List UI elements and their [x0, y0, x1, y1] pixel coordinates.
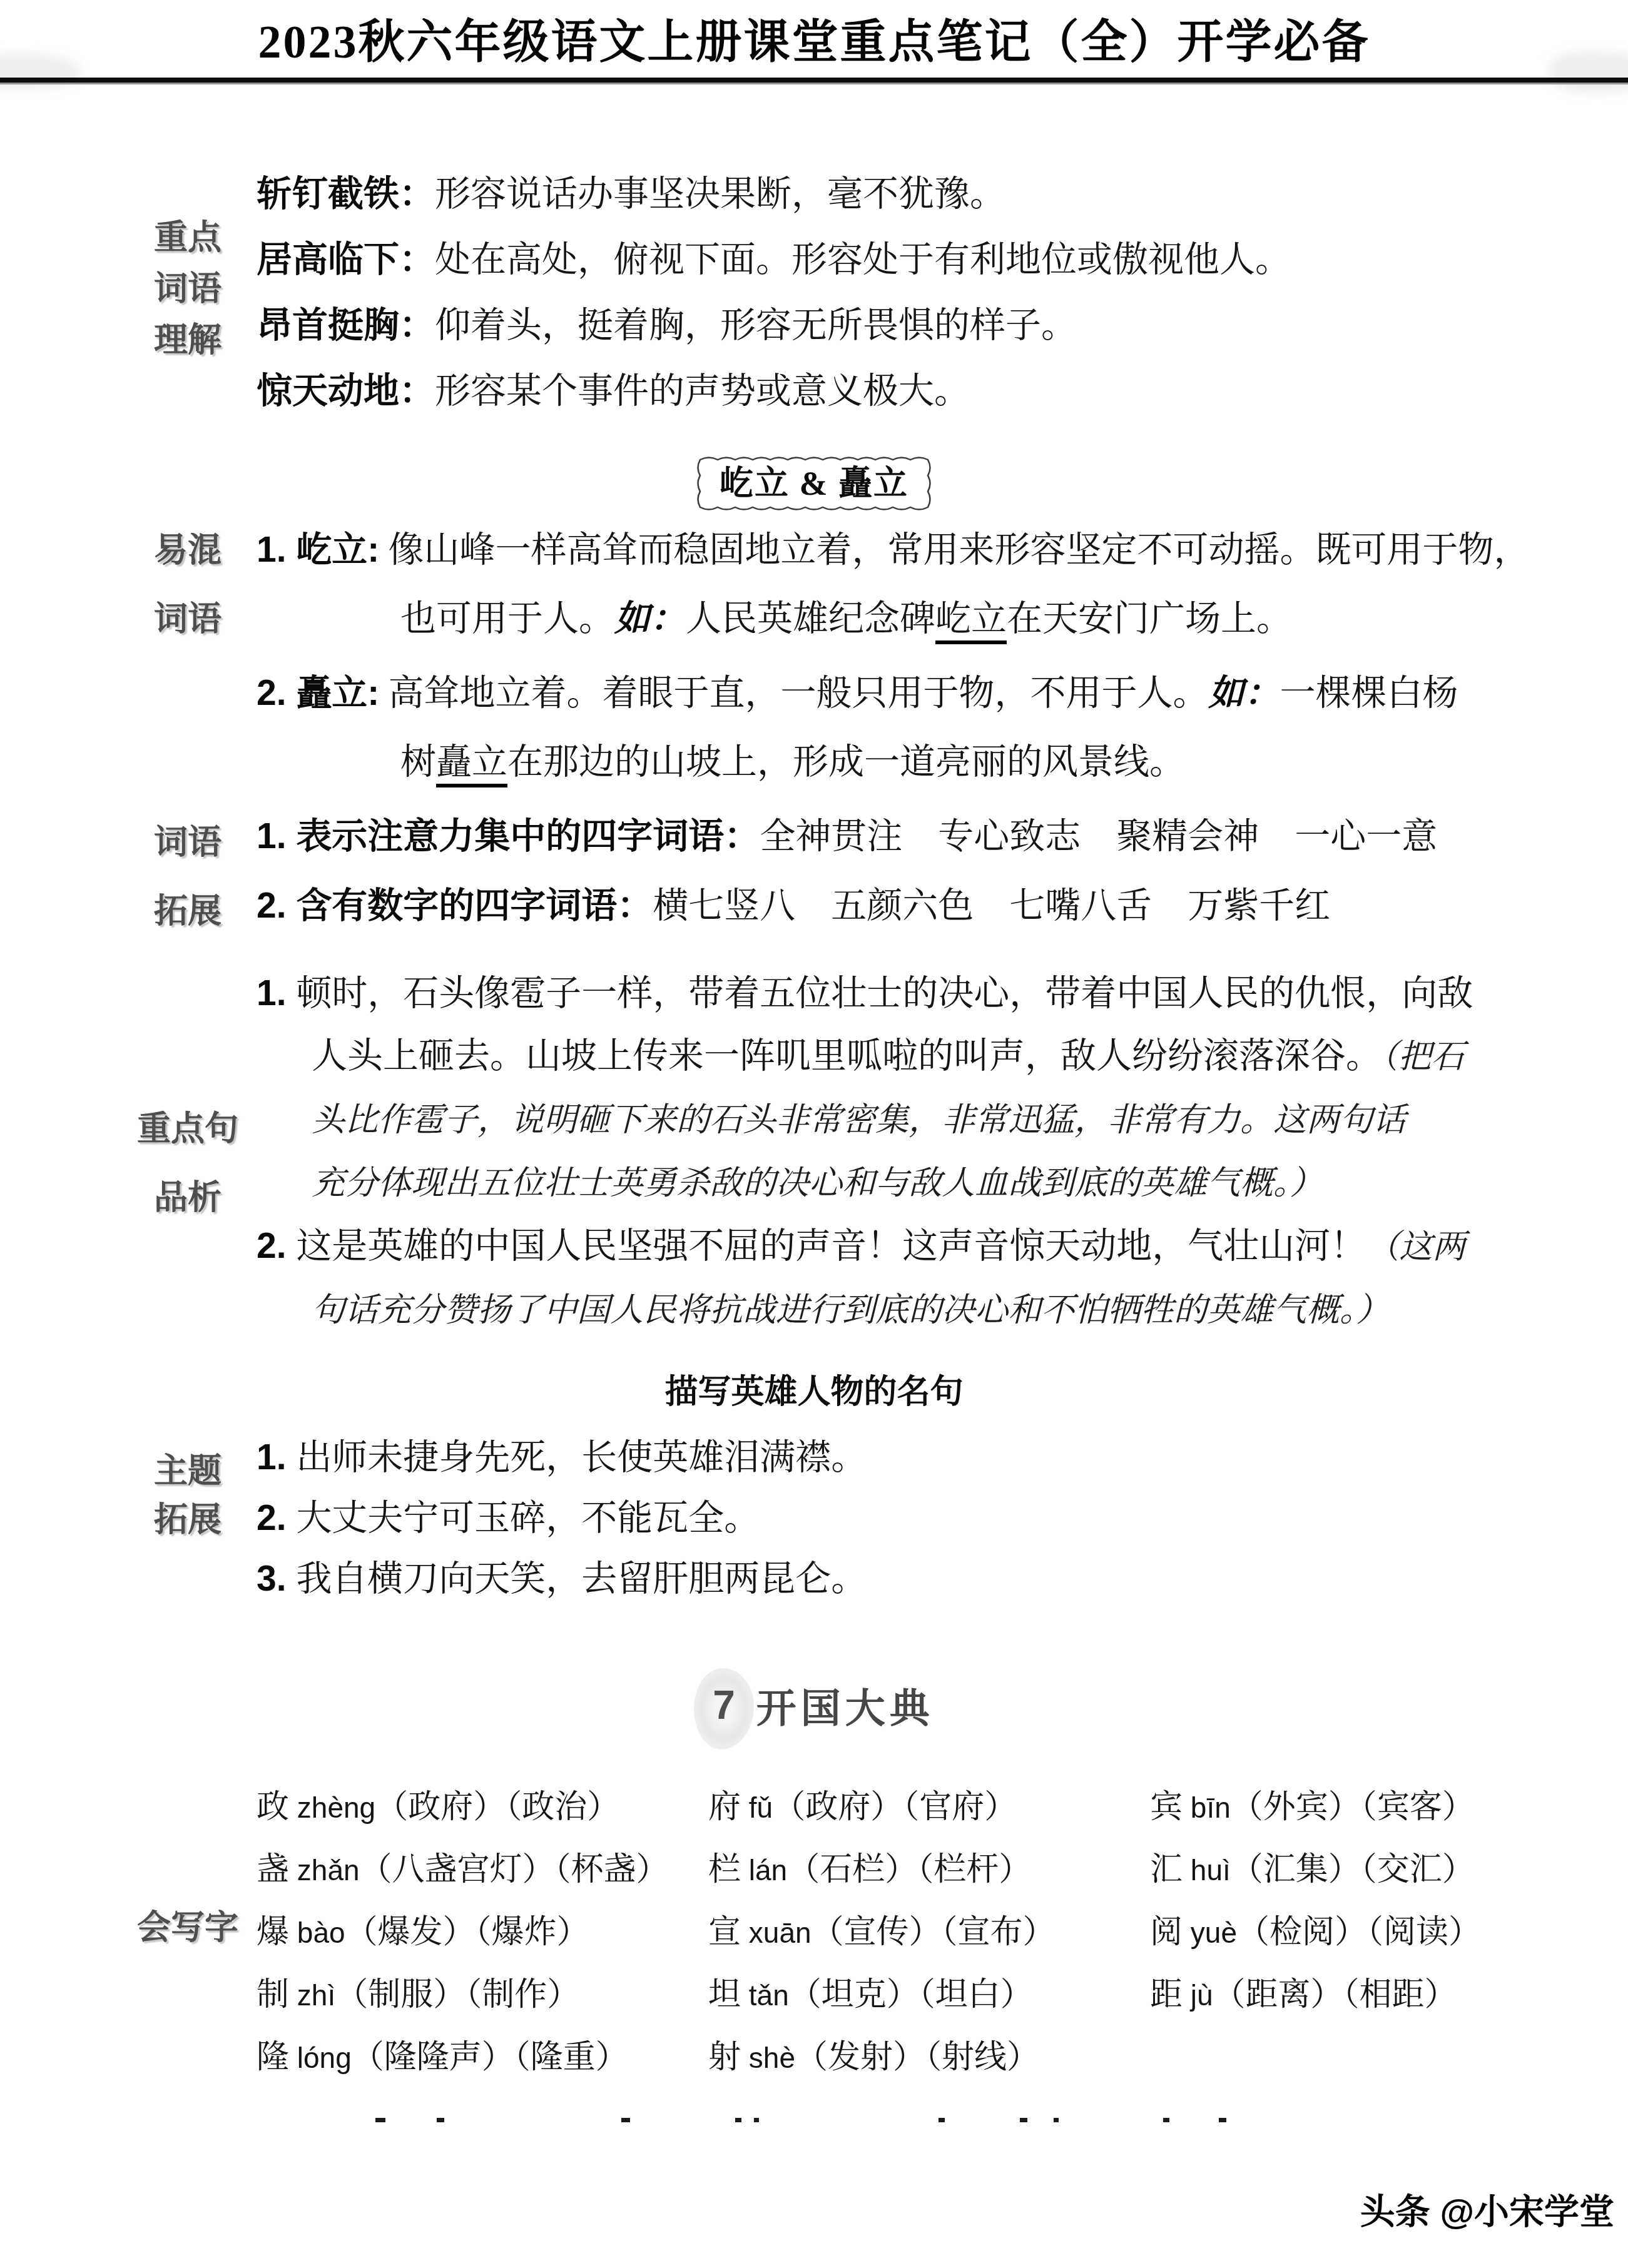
sidebar-label-line: 拓展	[113, 877, 263, 946]
text-segment: 树	[400, 742, 436, 782]
text-segment: 隆	[257, 2040, 289, 2075]
hanzi-entry: 宾 bīn（外宾）（宾客）	[1150, 1776, 1475, 1846]
hanzi-entry: 盏 zhǎn（八盏宫灯）（杯盏）	[257, 1839, 669, 1909]
text-segment: 矗立	[436, 742, 507, 787]
text-segment: 头比作雹子，说明砸下来的石头非常密集，非常迅猛，非常有力。这两句话	[312, 1102, 1406, 1138]
text-segment: 1.	[257, 530, 296, 570]
hanzi-entry: 射 shè（发射）（射线）	[708, 2027, 1039, 2097]
text-segment: 人头上砸去。山坡上传来一阵叽里呱啦的叫声，敌人纷纷滚落深谷。	[312, 1036, 1381, 1076]
sidebar-label-line: 易混	[113, 516, 263, 585]
text-segment: （坦克）（坦白）	[789, 1977, 1033, 2013]
text-segment: 盏	[257, 1852, 289, 1888]
text-line: 昂首挺胸：仰着头，挺着胸，形容无所畏惧的样子。	[257, 293, 1583, 358]
text-line: 居高临下：处在高处，俯视下面。形容处于有利地位或傲视他人。	[257, 227, 1583, 293]
sidebar-label-theme-expansion: 主题拓展	[113, 1447, 263, 1544]
watermark: 头条 @小宋学堂	[1360, 2184, 1614, 2234]
text-segment: 全神贯注 专心致志 聚精会神 一心一意	[760, 817, 1437, 856]
text-line: 3. 我自横刀向天笑，去留肝胆两昆仑。	[257, 1549, 1583, 1609]
text-segment: 2.	[257, 1226, 296, 1266]
text-segment: 惊天动地：	[257, 371, 435, 411]
section-content-theme-expansion: 1. 出师未捷身先死，长使英雄泪满襟。2. 大丈夫宁可玉碎，不能瓦全。3. 我自…	[257, 1427, 1583, 1609]
text-segment: 高耸地立着。着眼于直，一般只用于物，不用于人。	[379, 674, 1208, 713]
hanzi-entry: 隆 lóng（隆隆声）（隆重）	[257, 2027, 628, 2097]
text-line: 2. 这是英雄的中国人民坚强不屈的声音！这声音惊天动地，气壮山河！（这两	[257, 1215, 1583, 1278]
text-line: 1. 表示注意力集中的四字词语：全神贯注 专心致志 聚精会神 一心一意	[257, 802, 1583, 871]
text-line: 斩钉截铁：形容说话办事坚决果断，毫不犹豫。	[257, 161, 1583, 227]
text-segment: lán	[741, 1854, 787, 1886]
text-segment: （政府）（官府）	[773, 1790, 1017, 1825]
text-segment: 屹立	[935, 599, 1007, 644]
text-segment: 制	[257, 1977, 289, 2013]
text-segment: 汇	[1150, 1852, 1183, 1888]
text-segment: yuè	[1183, 1916, 1237, 1949]
text-line: 也可用于人。如：人民英雄纪念碑屹立在天安门广场上。	[400, 585, 1583, 654]
hanzi-row: 爆 bào（爆发）（爆炸）宣 xuān（宣传）（宣布）阅 yuè（检阅）（阅读）	[257, 1901, 1583, 1964]
clipped-glyph-fragment	[437, 2118, 444, 2122]
text-segment: 人民英雄纪念碑	[686, 599, 935, 639]
text-segment: （制服）（制作）	[335, 1977, 579, 2013]
text-segment: 1.	[257, 1437, 296, 1477]
text-segment: 射	[708, 2040, 741, 2075]
text-segment: 含有数字的四字词语：	[296, 886, 653, 926]
text-line: 充分体现出五位壮士英勇杀敌的决心和与敌人血战到底的英雄气概。）	[312, 1152, 1583, 1215]
text-segment: bīn	[1183, 1791, 1231, 1824]
text-segment: jù	[1183, 1979, 1213, 2012]
text-segment: zhèng	[289, 1791, 375, 1824]
hanzi-row: 政 zhèng（政府）（政治）府 fǔ（政府）（官府）宾 bīn（外宾）（宾客）	[257, 1776, 1583, 1839]
text-segment: 宣	[708, 1915, 741, 1950]
text-segment: 在那边的山坡上，形成一道亮丽的风景线。	[507, 742, 1185, 782]
sidebar-label-key-words: 重点词语理解	[113, 212, 263, 366]
text-segment: zhì	[289, 1979, 335, 2012]
clipped-glyph-fragment	[621, 2118, 630, 2122]
sidebar-label-line: 主题	[113, 1447, 263, 1496]
text-segment: 居高临下：	[257, 240, 435, 280]
text-segment: （宣传）（宣布）	[811, 1915, 1056, 1950]
text-segment: （检阅）（阅读）	[1237, 1915, 1481, 1950]
text-line: 人头上砸去。山坡上传来一阵叽里呱啦的叫声，敌人纷纷滚落深谷。（把石	[312, 1025, 1583, 1088]
text-segment: 矗立:	[296, 673, 379, 713]
hanzi-entry: 府 fǔ（政府）（官府）	[708, 1776, 1017, 1846]
sidebar-label-line: 重点句	[113, 1095, 263, 1163]
text-segment: 屹立:	[296, 530, 379, 570]
section-title-text: 屹立 & 矗立	[695, 455, 933, 512]
section-content-key-words: 斩钉截铁：形容说话办事坚决果断，毫不犹豫。居高临下：处在高处，俯视下面。形容处于…	[257, 161, 1583, 424]
text-segment: lóng	[289, 2042, 352, 2074]
text-segment: 表示注意力集中的四字词语：	[296, 816, 760, 856]
lesson-number: 7	[713, 1682, 735, 1728]
sidebar-label-word-expansion: 词语拓展	[113, 808, 263, 946]
text-segment: 也可用于人。	[400, 599, 614, 639]
text-segment: bào	[289, 1916, 345, 1949]
page-title: 2023秋六年级语文上册课堂重点笔记（全）开学必备	[0, 11, 1628, 74]
section-content-key-sentences: 1. 顿时，石头像雹子一样，带着五位壮士的决心，带着中国人民的仇恨，向敌人头上砸…	[257, 962, 1583, 1342]
text-segment: 大丈夫宁可玉碎，不能瓦全。	[296, 1499, 760, 1538]
text-segment: 这是英雄的中国人民坚强不屈的声音！这声音惊天动地，气壮山河！	[296, 1227, 1366, 1266]
text-segment: 我自横刀向天笑，去留肝胆两昆仑。	[296, 1559, 867, 1599]
section-title-box: 屹立 & 矗立	[695, 455, 933, 512]
hanzi-entry: 阅 yuè（检阅）（阅读）	[1150, 1901, 1481, 1972]
text-segment: 句话充分赞扬了中国人民将抗战进行到底的决心和不怕牺牲的英雄气概。）	[312, 1292, 1390, 1329]
lesson-header: 7开国大典	[0, 1673, 1628, 1738]
text-segment: 1.	[257, 973, 296, 1013]
text-segment: 坦	[708, 1977, 741, 2013]
text-segment: 2.	[257, 1498, 296, 1538]
hanzi-row: 隆 lóng（隆隆声）（隆重）射 shè（发射）（射线）	[257, 2027, 1583, 2089]
text-segment: 爆	[257, 1915, 289, 1950]
sidebar-label-line: 会写字	[113, 1901, 263, 1954]
text-line: 头比作雹子，说明砸下来的石头非常密集，非常迅猛，非常有力。这两句话	[312, 1088, 1583, 1152]
text-segment: tǎn	[741, 1979, 789, 2012]
hanzi-entry: 坦 tǎn（坦克）（坦白）	[708, 1964, 1033, 2034]
text-segment: 政	[257, 1790, 289, 1825]
text-line: 惊天动地：形容某个事件的声势或意义极大。	[257, 358, 1583, 424]
hanzi-entry: 栏 lán（石栏）（栏杆）	[708, 1839, 1031, 1909]
text-line: 句话充分赞扬了中国人民将抗战进行到底的决心和不怕牺牲的英雄气概。）	[312, 1278, 1583, 1342]
text-segment: （政府）（政治）	[375, 1790, 619, 1825]
text-segment: （外宾）（宾客）	[1231, 1790, 1475, 1825]
block-header-theme-expansion: 描写英雄人物的名句	[0, 1367, 1628, 1417]
hanzi-row: 盏 zhǎn（八盏宫灯）（杯盏）栏 lán（石栏）（栏杆）汇 huì（汇集）（交…	[257, 1839, 1583, 1901]
text-segment: 仰着头，挺着胸，形容无所畏惧的样子。	[435, 306, 1077, 345]
text-segment: 宾	[1150, 1790, 1183, 1825]
hanzi-entry: 宣 xuān（宣传）（宣布）	[708, 1901, 1056, 1972]
clipped-glyph-fragment	[939, 2118, 945, 2122]
text-segment: 斩钉截铁：	[257, 174, 435, 214]
clipped-glyph-fragment	[1219, 2118, 1226, 2122]
text-segment: 3.	[257, 1559, 296, 1599]
sidebar-label-line: 品析	[113, 1163, 263, 1232]
text-segment: 距	[1150, 1977, 1183, 2013]
text-segment: （爆发）（爆炸）	[345, 1915, 589, 1950]
text-segment: 横七竖八 五颜六色 七嘴八舌 万紫千红	[653, 886, 1330, 926]
text-segment: xuān	[741, 1916, 811, 1949]
text-segment: 一棵棵白杨	[1280, 674, 1458, 713]
text-segment: （距离）（相距）	[1213, 1977, 1457, 2013]
text-line: 1. 出师未捷身先死，长使英雄泪满襟。	[257, 1427, 1583, 1488]
text-segment: （这两	[1366, 1229, 1465, 1265]
text-segment: 在天安门广场上。	[1007, 599, 1292, 639]
lesson-title: 开国大典	[756, 1676, 934, 1734]
text-segment: 出师未捷身先死，长使英雄泪满襟。	[296, 1438, 867, 1477]
text-segment: （隆隆声）（隆重）	[352, 2040, 628, 2075]
text-segment: （八盏宫灯）（杯盏）	[360, 1852, 669, 1888]
text-segment: huì	[1183, 1854, 1231, 1886]
text-segment: 昂首挺胸：	[257, 305, 435, 345]
text-segment: 栏	[708, 1852, 741, 1888]
section-content-word-expansion: 1. 表示注意力集中的四字词语：全神贯注 专心致志 聚精会神 一心一意2. 含有…	[257, 802, 1583, 941]
text-segment: 1.	[257, 816, 296, 856]
sidebar-label-key-sentences: 重点句品析	[113, 1095, 263, 1232]
clipped-glyph-fragment	[1020, 2118, 1027, 2122]
text-segment: fǔ	[741, 1791, 773, 1824]
text-segment: 2.	[257, 673, 296, 713]
clipped-glyph-fragment	[375, 2118, 385, 2122]
section-content-writable-characters: 政 zhèng（政府）（政治）府 fǔ（政府）（官府）宾 bīn（外宾）（宾客）…	[257, 1776, 1583, 2089]
text-segment: 阅	[1150, 1915, 1183, 1950]
text-segment: （汇集）（交汇）	[1231, 1852, 1475, 1888]
hanzi-entry: 距 jù（距离）（相距）	[1150, 1964, 1457, 2034]
text-line: 2. 矗立: 高耸地立着。着眼于直，一般只用于物，不用于人。如：一棵棵白杨	[257, 659, 1583, 728]
hanzi-row: 制 zhì（制服）（制作）坦 tǎn（坦克）（坦白）距 jù（距离）（相距）	[257, 1964, 1583, 2027]
text-segment: 像山峰一样高耸而稳固地立着，常用来形容坚定不可动摇。既可用于物，	[379, 530, 1529, 570]
text-segment: zhǎn	[289, 1854, 360, 1886]
text-segment: 府	[708, 1790, 741, 1825]
sidebar-label-line: 拓展	[113, 1496, 263, 1544]
document-page: { "page": {"width": 2602, "height": 3626…	[0, 0, 1628, 2268]
title-divider-rule	[0, 78, 1628, 84]
sidebar-label-confusable-words: 易混词语	[113, 516, 263, 654]
section-content-confusable-words: 1. 屹立: 像山峰一样高耸而稳固地立着，常用来形容坚定不可动摇。既可用于物，也…	[257, 515, 1583, 797]
sidebar-label-line: 理解	[113, 315, 263, 366]
text-segment: 如：	[1209, 674, 1280, 713]
text-segment: 顿时，石头像雹子一样，带着五位壮士的决心，带着中国人民的仇恨，向敌	[296, 974, 1473, 1013]
sidebar-label-line: 词语	[113, 263, 263, 315]
text-line: 树矗立在那边的山坡上，形成一道亮丽的风景线。	[400, 728, 1583, 797]
text-segment: 充分体现出五位壮士英勇杀敌的决心和与敌人血战到底的英雄气概。）	[312, 1165, 1323, 1202]
text-segment: （把石	[1381, 1039, 1465, 1075]
text-segment: （石栏）（栏杆）	[787, 1852, 1031, 1888]
text-segment: 2.	[257, 886, 296, 926]
sidebar-label-writable-characters: 会写字	[113, 1901, 263, 1954]
sidebar-label-line: 词语	[113, 808, 263, 877]
text-line: 2. 大丈夫宁可玉碎，不能瓦全。	[257, 1488, 1583, 1549]
text-segment: （发射）（射线）	[795, 2040, 1039, 2075]
document-canvas: 2023秋六年级语文上册课堂重点笔记（全）开学必备 头条 @小宋学堂 重点词语理…	[0, 0, 1628, 2268]
text-line: 1. 顿时，石头像雹子一样，带着五位壮士的决心，带着中国人民的仇恨，向敌	[257, 962, 1583, 1025]
text-line: 2. 含有数字的四字词语：横七竖八 五颜六色 七嘴八舌 万紫千红	[257, 871, 1583, 941]
text-segment: 形容某个事件的声势或意义极大。	[435, 372, 970, 411]
hanzi-entry: 爆 bào（爆发）（爆炸）	[257, 1901, 589, 1972]
hanzi-entry: 制 zhì（制服）（制作）	[257, 1964, 579, 2034]
clipped-glyph-fragment	[754, 2118, 759, 2122]
text-segment: shè	[741, 2042, 795, 2074]
sidebar-label-line: 词语	[113, 585, 263, 654]
text-segment: 处在高处，俯视下面。形容处于有利地位或傲视他人。	[435, 240, 1291, 280]
text-line: 1. 屹立: 像山峰一样高耸而稳固地立着，常用来形容坚定不可动摇。既可用于物，	[257, 515, 1583, 585]
text-segment: 如：	[614, 599, 686, 639]
sidebar-label-line: 重点	[113, 212, 263, 263]
hanzi-entry: 政 zhèng（政府）（政治）	[257, 1776, 619, 1846]
hanzi-entry: 汇 huì（汇集）（交汇）	[1150, 1839, 1475, 1909]
clipped-glyph-fragment	[1163, 2118, 1169, 2122]
text-segment: 形容说话办事坚决果断，毫不犹豫。	[435, 175, 1005, 214]
clipped-glyph-fragment	[735, 2118, 741, 2122]
clipped-glyph-fragment	[1054, 2118, 1059, 2122]
